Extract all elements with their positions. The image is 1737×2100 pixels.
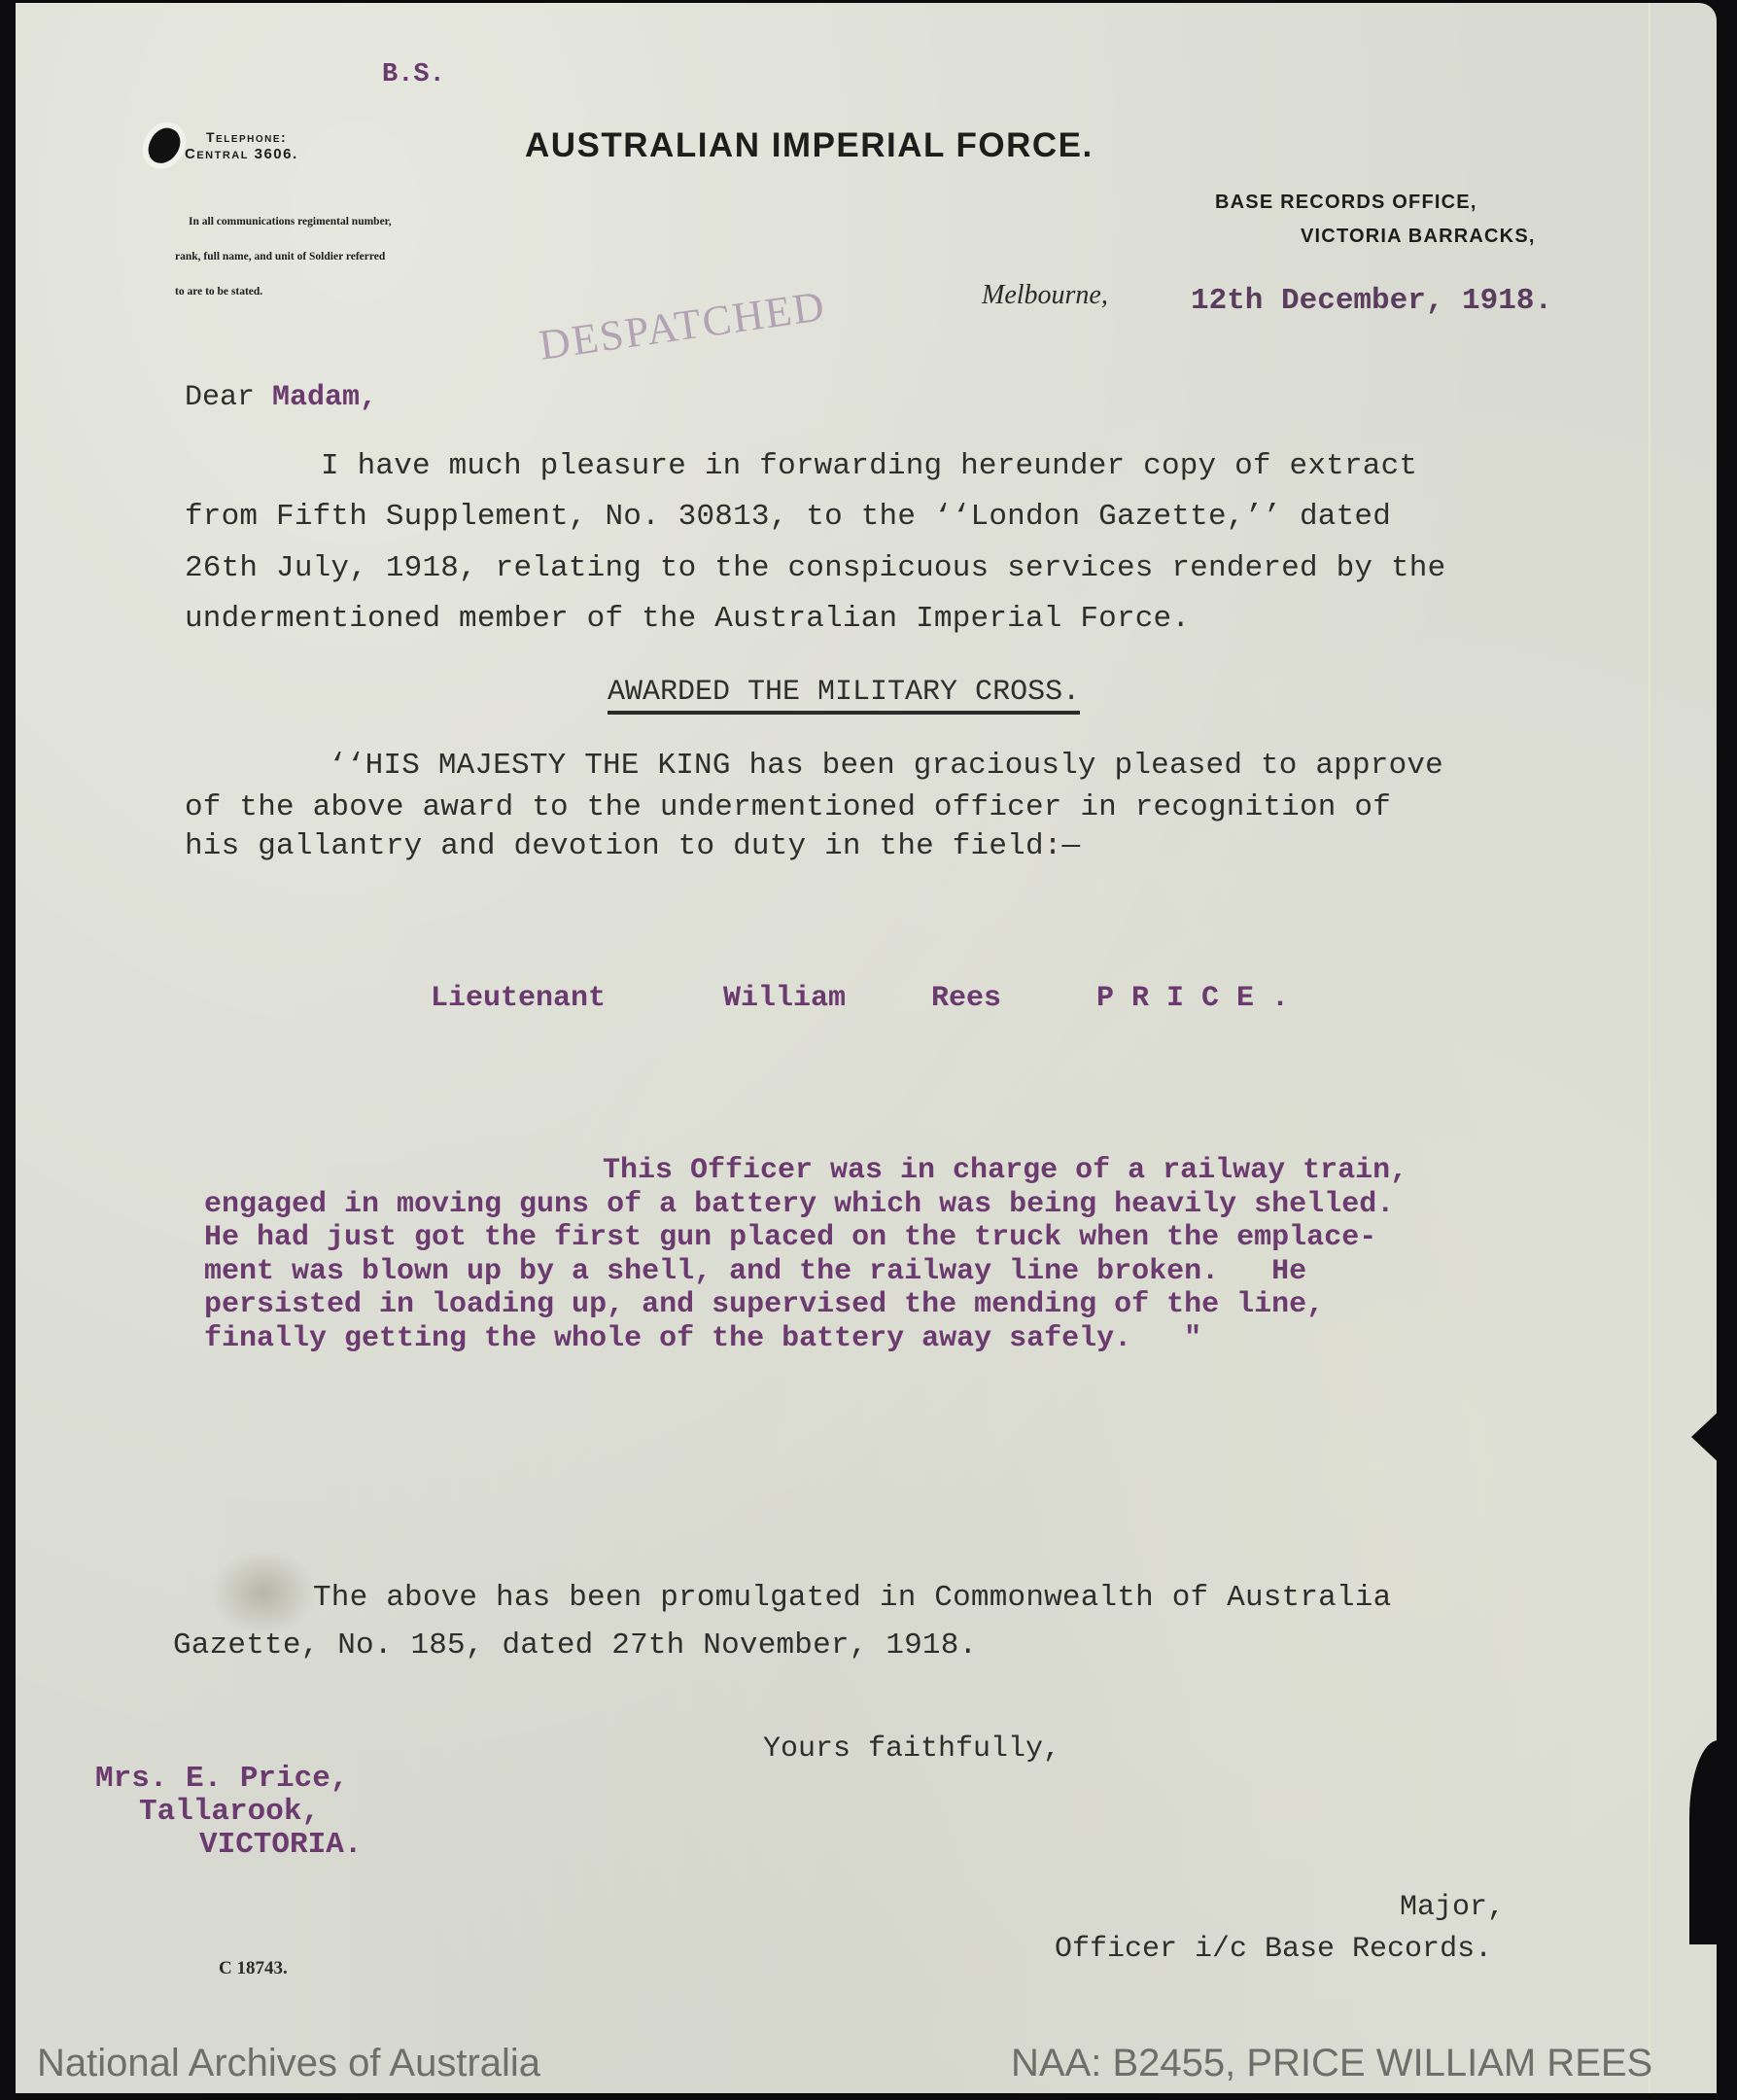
telephone-label: Telephone: (206, 126, 287, 148)
office-name: BASE RECORDS OFFICE, (1215, 192, 1477, 214)
salutation-prefix: Dear (185, 381, 255, 414)
signature-title: Officer i/c Base Records. (1055, 1933, 1492, 1966)
king-line: his gallantry and devotion to duty in th… (185, 829, 1080, 863)
intro-line: from Fifth Supplement, No. 30813, to the… (185, 500, 1391, 534)
intro-line: I have much pleasure in forwarding hereu… (321, 449, 1417, 483)
addressee-state: VICTORIA. (199, 1828, 362, 1862)
archive-caption-reference: NAA: B2455, PRICE WILLIAM REES (1011, 2042, 1652, 2085)
citation-line: engaged in moving guns of a battery whic… (204, 1188, 1394, 1221)
paper-fold-line (1649, 3, 1650, 2093)
torn-edge-notch (1691, 1408, 1722, 1466)
form-reference: C 18743. (219, 1958, 288, 1979)
notice-line: rank, full name, and unit of Soldier ref… (175, 251, 392, 262)
addressee-town: Tallarook, (139, 1795, 320, 1829)
letter-city: Melbourne, (982, 280, 1108, 311)
king-line: of the above award to the undermentioned… (185, 790, 1391, 824)
salutation: Dear Madam, (185, 381, 377, 414)
organization-title: AUSTRALIAN IMPERIAL FORCE. (525, 126, 1094, 165)
salutation-name: Madam, (272, 381, 377, 414)
recipient-surname: P R I C E . (1096, 982, 1289, 1015)
notice-line: In all communications regimental number, (175, 216, 392, 227)
promulgation-line: Gazette, No. 185, dated 27th November, 1… (173, 1628, 977, 1662)
closing-phrase: Yours faithfully, (763, 1732, 1060, 1766)
citation-line: He had just got the first gun placed on … (204, 1221, 1376, 1254)
signature-rank: Major, (1400, 1891, 1505, 1924)
punch-hole-mark (143, 122, 185, 168)
citation-line: finally getting the whole of the battery… (204, 1322, 1201, 1355)
recipient-given-name: William (723, 982, 846, 1015)
recipient-rank: Lieutenant (431, 982, 606, 1015)
intro-line: undermentioned member of the Australian … (185, 602, 1190, 636)
office-location: VICTORIA BARRACKS, (1301, 226, 1536, 248)
stain-mark (210, 1549, 317, 1636)
award-heading: AWARDED THE MILITARY CROSS. (608, 676, 1080, 715)
addressee-name: Mrs. E. Price, (95, 1762, 348, 1796)
king-line: ‘‘HIS MAJESTY THE KING has been gracious… (329, 749, 1443, 783)
file-mark: B.S. (382, 60, 445, 89)
citation-line: persisted in loading up, and supervised … (204, 1288, 1324, 1321)
notice-line: to are to be stated. (175, 286, 392, 297)
communications-notice: In all communications regimental number,… (175, 192, 392, 309)
citation-line: This Officer was in charge of a railway … (603, 1154, 1407, 1187)
archive-caption-source: National Archives of Australia (37, 2042, 540, 2085)
letter-date: 12th December, 1918. (1191, 284, 1552, 318)
promulgation-line: The above has been promulgated in Common… (313, 1581, 1391, 1615)
telephone-number: Central 3606. (185, 146, 298, 162)
recipient-middle-name: Rees (931, 982, 1001, 1015)
intro-line: 26th July, 1918, relating to the conspic… (185, 551, 1445, 585)
citation-line: ment was blown up by a shell, and the ra… (204, 1255, 1306, 1288)
